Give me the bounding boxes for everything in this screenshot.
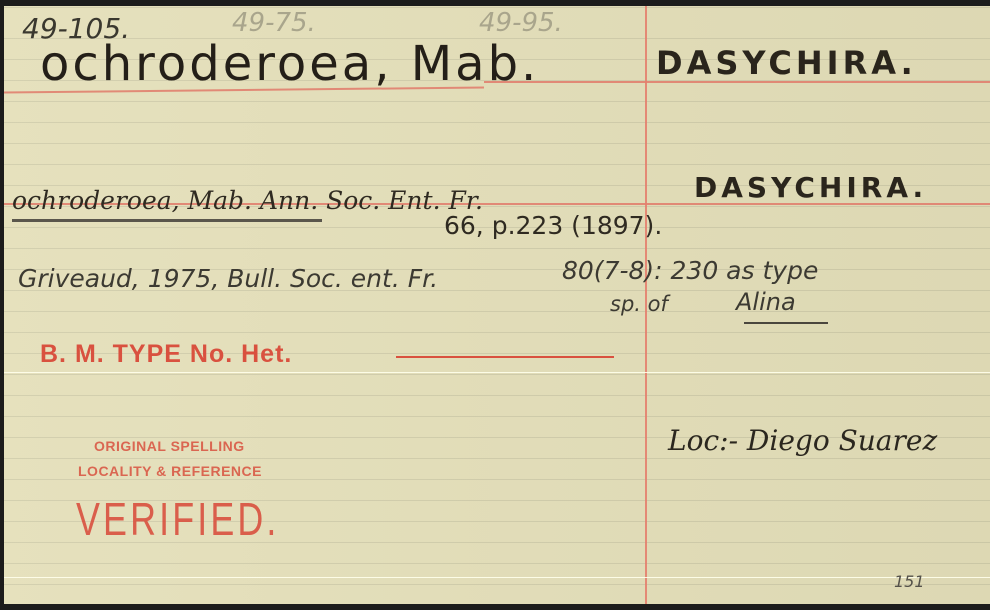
genus-underline <box>744 322 828 324</box>
bm-type-label: B. M. TYPE No. Het. <box>40 340 292 369</box>
faint-number-1: 49-75. <box>232 8 316 38</box>
locality: Loc:- Diego Suarez <box>668 424 937 457</box>
reference-line-1: ochroderoea, Mab. Ann. Soc. Ent. Fr. <box>12 186 483 215</box>
species-underline <box>12 219 322 222</box>
white-rule-1 <box>4 372 990 373</box>
index-card: 49-75. 49-95. 49-105. ochroderoea, Mab. … <box>4 6 990 604</box>
reference-genus: DASYCHIRA. <box>694 171 927 204</box>
reference-line-2: 66, p.223 (1897). <box>444 211 662 240</box>
title-species: ochroderoea, Mab. <box>40 36 539 92</box>
white-rule-2 <box>4 577 990 578</box>
faint-number-2: 49-95. <box>479 8 563 38</box>
note-line-1-right: 80(7-8): 230 as type <box>562 256 818 285</box>
note-line-1-left: Griveaud, 1975, Bull. Soc. ent. Fr. <box>18 264 438 293</box>
card-number: 151 <box>894 572 925 591</box>
stamp-line-2: LOCALITY & REFERENCE <box>78 463 262 479</box>
stamp-line-3: VERIFIED. <box>76 492 280 546</box>
bm-type-blank <box>396 356 614 358</box>
title-genus: DASYCHIRA. <box>656 44 917 82</box>
note-line-2-genus: Alina <box>736 288 796 316</box>
note-line-2: sp. of <box>610 292 668 316</box>
stamp-line-1: ORIGINAL SPELLING <box>94 438 245 454</box>
